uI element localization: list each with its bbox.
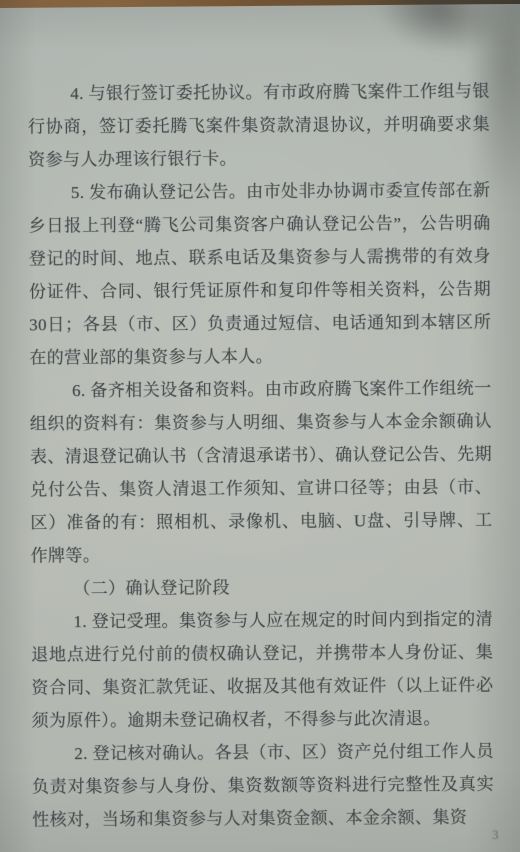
paragraph-item-4: 4. 与银行签订委托协议。有市政府腾飞案件工作组与银行协商，签订委托腾飞案件集资… [28,75,491,177]
document-page-text: 4. 与银行签订委托协议。有市政府腾飞案件工作组与银行协商，签订委托腾飞案件集资… [28,75,495,837]
page-number: 3 [492,827,499,843]
section-heading: （二）确认登记阶段 [31,570,493,606]
document-photo: 4. 与银行签订委托协议。有市政府腾飞案件工作组与银行协商，签订委托腾飞案件集资… [0,0,520,852]
paragraph-item-2: 2. 登记核对确认。各县（市、区）资产兑付组工作人员负责对集资参与人身份、集资数… [32,735,495,837]
paragraph-item-5: 5. 发布确认登记公告。由市处非办协调市委宣传部在新乡日报上刊登“腾飞公司集资客… [28,174,491,375]
paragraph-item-1: 1. 登记受理。集资参与人应在规定的时间内到指定的清退地点进行兑付前的债权确认登… [31,603,494,738]
paragraph-item-6: 6. 备齐相关设备和资料。由市政府腾飞案件工作组统一组织的资料有：集资参与人明细… [30,372,493,573]
